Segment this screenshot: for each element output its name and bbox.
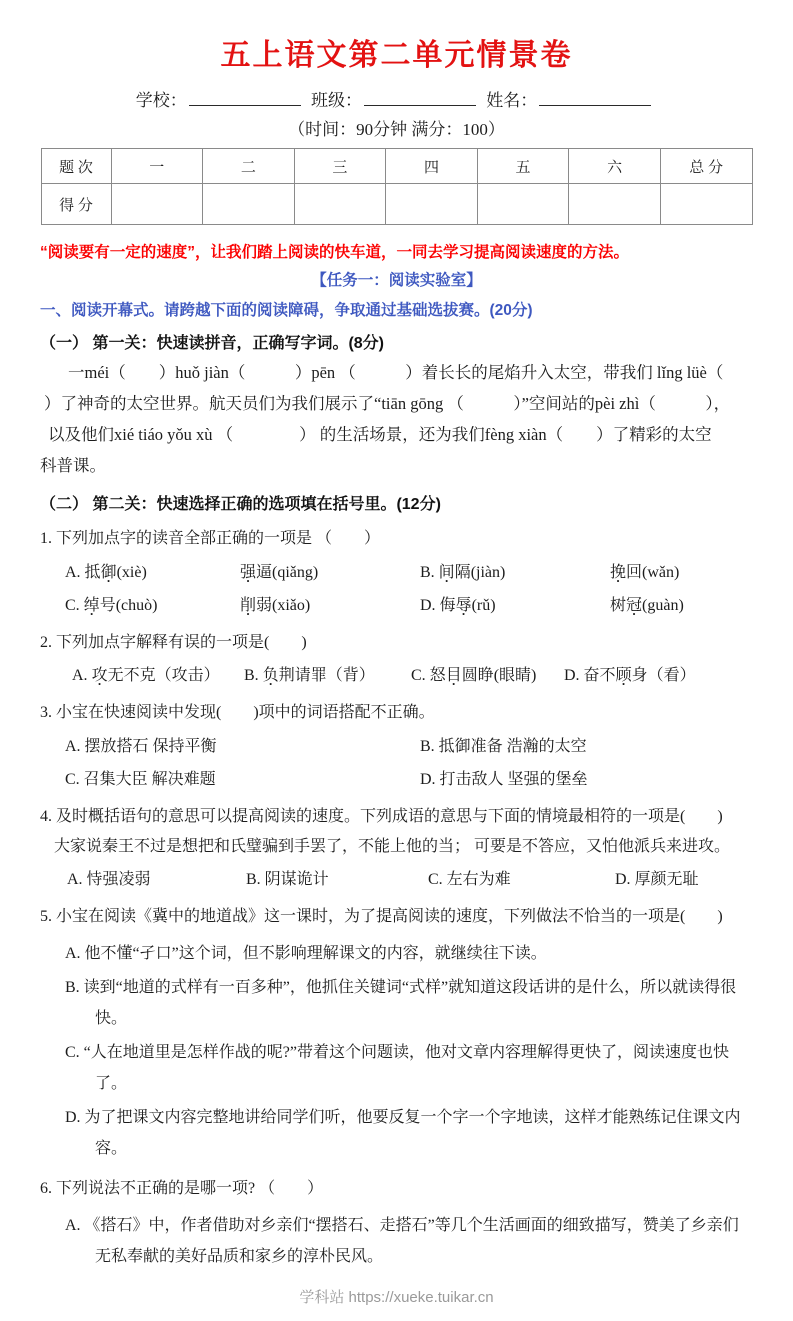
score-header-cell: 三 <box>294 149 386 184</box>
task-one-banner: 【任务一：阅读实验室】 <box>40 268 753 290</box>
question-1-options: A. 抵御(xiè) 强逼(qiǎng) B. 间隔(jiàn) 挽回(wǎn)… <box>65 561 753 618</box>
option-b: B. 读到“地道的式样有一百多种”，他抓住关键词“式样”就知道这段话讲的是什么，… <box>65 972 753 1034</box>
question-3-stem: 3. 小宝在快速阅读中发现( )项中的词语搭配不正确。 <box>40 698 753 728</box>
option-a: A. 恃强凌弱 <box>67 868 246 892</box>
school-blank <box>189 88 301 106</box>
question-5-stem: 5. 小宝在阅读《冀中的地道战》这一课时，为了提高阅读的速度，下列做法不恰当的一… <box>40 902 753 932</box>
score-empty-cell <box>477 184 569 225</box>
name-label: 姓名： <box>486 91 537 110</box>
class-label: 班级： <box>311 91 362 110</box>
score-empty-cell <box>294 184 386 225</box>
question-4-options: A. 恃强凌弱 B. 阴谋诡计 C. 左右为难 D. 厚颜无耻 <box>67 868 753 892</box>
option-d: D. 打击敌人 坚强的堡垒 <box>420 768 753 792</box>
score-row-label: 得 分 <box>41 184 111 225</box>
exam-paper-page: 五上语文第二单元情景卷 学校： 班级： 姓名： （时间：90分钟 满分：100）… <box>0 0 793 1321</box>
school-label: 学校： <box>136 91 187 110</box>
name-blank <box>539 88 651 106</box>
option-d: D. 厚颜无耻 <box>615 868 699 892</box>
question-4-context: 大家说秦王不过是想把和氏璧骗到手罢了，不能上他的当； 可要是不答应，又怕他派兵来… <box>40 832 753 862</box>
option-b2: 挽回(wǎn) <box>610 561 753 585</box>
score-header-cell: 总 分 <box>660 149 752 184</box>
section-one-heading: 一、阅读开幕式。请跨越下面的阅读障碍，争取通过基础选拔赛。(20分) <box>40 298 753 320</box>
question-5: 5. 小宝在阅读《冀中的地道战》这一课时，为了提高阅读的速度，下列做法不恰当的一… <box>40 902 753 1164</box>
pinyin-line: 科普课。 <box>40 450 753 481</box>
option-d2: 树冠(guàn) <box>610 594 753 618</box>
part2-heading: （二） 第二关：快速选择正确的选项填在括号里。(12分) <box>40 491 753 514</box>
question-2: 2. 下列加点字解释有误的一项是( ) A. 攻无不克（攻击） B. 负荆请罪（… <box>40 628 753 688</box>
question-1-stem: 1. 下列加点字的读音全部正确的一项是 （ ） <box>40 524 753 554</box>
score-header-cell: 六 <box>569 149 661 184</box>
student-info-line: 学校： 班级： 姓名： <box>40 86 753 111</box>
site-watermark: 学科站 https://xueke.tuikar.cn <box>40 1272 753 1307</box>
option-b: B. 阴谋诡计 <box>246 868 428 892</box>
question-1: 1. 下列加点字的读音全部正确的一项是 （ ） A. 抵御(xiè) 强逼(qi… <box>40 524 753 618</box>
option-b: B. 负荆请罪（背） <box>244 664 411 688</box>
pinyin-line: 一méi（ ）huǒ jiàn（ ）pēn （ ）着长长的尾焰升入太空，带我们 … <box>40 357 753 388</box>
reading-speed-note: “阅读要有一定的速度”，让我们踏上阅读的快车道，一同去学习提高阅读速度的方法。 <box>40 241 753 264</box>
score-header-cell: 五 <box>477 149 569 184</box>
option-c: C. 左右为难 <box>428 868 615 892</box>
question-5-options: A. 他不懂“孑口”这个词，但不影响理解课文的内容，就继续往下读。 B. 读到“… <box>65 938 753 1164</box>
score-empty-cell <box>203 184 295 225</box>
score-table: 题 次 一 二 三 四 五 六 总 分 得 分 <box>41 148 753 225</box>
question-2-options: A. 攻无不克（攻击） B. 负荆请罪（背） C. 怒目圆睁(眼睛) D. 奋不… <box>72 664 753 688</box>
score-header-cell: 二 <box>203 149 295 184</box>
score-header-cell: 四 <box>386 149 478 184</box>
score-table-score-row: 得 分 <box>41 184 752 225</box>
option-a: A. 抵御(xiè) <box>65 561 240 585</box>
option-c: C. 怒目圆睁(眼睛) <box>411 664 564 688</box>
score-header-cell: 题 次 <box>41 149 111 184</box>
pinyin-paragraph: 一méi（ ）huǒ jiàn（ ）pēn （ ）着长长的尾焰升入太空，带我们 … <box>40 353 753 481</box>
question-3: 3. 小宝在快速阅读中发现( )项中的词语搭配不正确。 A. 摆放搭石 保持平衡… <box>40 698 753 792</box>
option-c: C. “人在地道里是怎样作战的呢?”带着这个问题读，他对文章内容理解得更快了，阅… <box>65 1037 753 1099</box>
pinyin-line: 以及他们xié tiáo yǒu xù （ ） 的生活场景，还为我们fèng x… <box>40 419 753 450</box>
question-6: 6. 下列说法不正确的是哪一项? （ ） A. 《搭石》中，作者借助对乡亲们“摆… <box>40 1174 753 1272</box>
option-c: C. 绰号(chuò) <box>65 594 240 618</box>
option-b: B. 抵御准备 浩瀚的太空 <box>420 735 753 759</box>
question-3-options: A. 摆放搭石 保持平衡 B. 抵御准备 浩瀚的太空 C. 召集大臣 解决难题 … <box>65 735 753 792</box>
option-d: D. 为了把课文内容完整地讲给同学们听，他要反复一个字一个字地读，这样才能熟练记… <box>65 1102 753 1164</box>
option-a: A. 《搭石》中，作者借助对乡亲们“摆搭石、走搭石”等几个生活画面的细致描写，赞… <box>65 1210 753 1272</box>
option-c2: 削弱(xiǎo) <box>240 594 420 618</box>
score-empty-cell <box>660 184 752 225</box>
time-fullmarks-line: （时间：90分钟 满分：100） <box>40 115 753 140</box>
part1-heading: （一） 第一关：快速读拼音，正确写字词。(8分) <box>40 330 753 353</box>
question-4-stem: 4. 及时概括语句的意思可以提高阅读的速度。下列成语的意思与下面的情境最相符的一… <box>40 802 753 832</box>
option-d: D. 侮辱(rǔ) <box>420 594 610 618</box>
pinyin-line: ）了神奇的太空世界。航天员们为我们展示了“tiān gōng （ ）”空间站的p… <box>40 388 753 419</box>
score-empty-cell <box>386 184 478 225</box>
option-a: A. 摆放搭石 保持平衡 <box>65 735 420 759</box>
option-a2: 强逼(qiǎng) <box>240 561 420 585</box>
option-a: A. 他不懂“孑口”这个词，但不影响理解课文的内容，就继续往下读。 <box>65 938 753 969</box>
score-empty-cell <box>111 184 203 225</box>
option-b: B. 间隔(jiàn) <box>420 561 610 585</box>
option-a: A. 攻无不克（攻击） <box>72 664 244 688</box>
question-6-options: A. 《搭石》中，作者借助对乡亲们“摆搭石、走搭石”等几个生活画面的细致描写，赞… <box>65 1210 753 1272</box>
option-c: C. 召集大臣 解决难题 <box>65 768 420 792</box>
class-blank <box>364 88 476 106</box>
question-2-stem: 2. 下列加点字解释有误的一项是( ) <box>40 628 753 658</box>
question-6-stem: 6. 下列说法不正确的是哪一项? （ ） <box>40 1174 753 1204</box>
score-empty-cell <box>569 184 661 225</box>
question-4: 4. 及时概括语句的意思可以提高阅读的速度。下列成语的意思与下面的情境最相符的一… <box>40 802 753 892</box>
score-table-header-row: 题 次 一 二 三 四 五 六 总 分 <box>41 149 752 184</box>
page-title: 五上语文第二单元情景卷 <box>40 38 753 74</box>
score-header-cell: 一 <box>111 149 203 184</box>
option-d: D. 奋不顾身（看） <box>564 664 696 688</box>
